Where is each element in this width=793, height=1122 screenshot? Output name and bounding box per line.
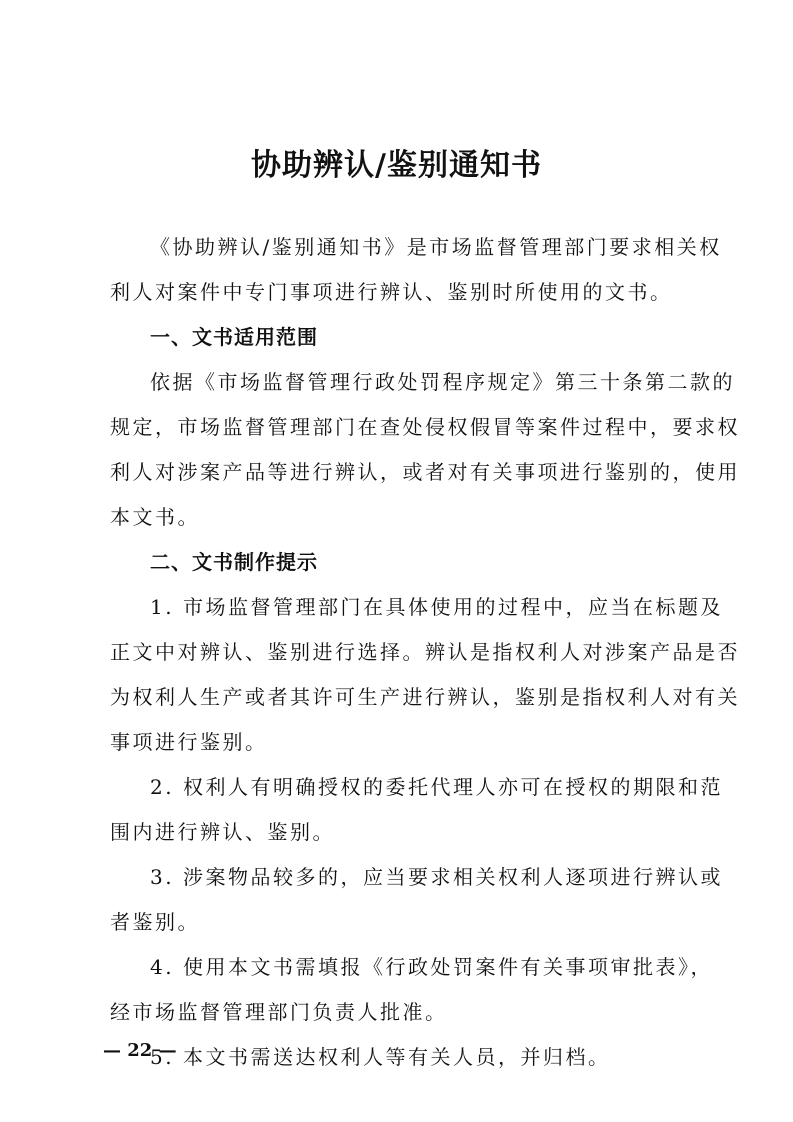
list-item-line: 2. 权利人有明确授权的委托代理人亦可在授权的期限和范 xyxy=(110,765,690,810)
list-item-line: 围内进行辨认、鉴别。 xyxy=(110,810,690,855)
page-number: — 22 — xyxy=(103,1040,177,1061)
paragraph-line: 依据《市场监督管理行政处罚程序规定》第三十条第二款的 xyxy=(110,360,690,405)
list-item-line: 3. 涉案物品较多的，应当要求相关权利人逐项进行辨认或 xyxy=(110,855,690,900)
list-item-line: 经市场监督管理部门负责人批准。 xyxy=(110,990,690,1035)
paragraph-line: 利人对涉案产品等进行辨认，或者对有关事项进行鉴别的，使用 xyxy=(110,450,690,495)
section-heading: 一、文书适用范围 xyxy=(110,315,690,360)
intro-line: 《协助辨认/鉴别通知书》是市场监督管理部门要求相关权 xyxy=(110,225,690,270)
list-item-line: 正文中对辨认、鉴别进行选择。辨认是指权利人对涉案产品是否 xyxy=(110,630,690,675)
list-item-line: 为权利人生产或者其许可生产进行辨认，鉴别是指权利人对有关 xyxy=(110,675,690,720)
intro-line: 利人对案件中专门事项进行辨认、鉴别时所使用的文书。 xyxy=(110,270,690,315)
list-item-line: 4. 使用本文书需填报《行政处罚案件有关事项审批表》， xyxy=(110,945,690,990)
paragraph-line: 本文书。 xyxy=(110,495,690,540)
list-item-line: 者鉴别。 xyxy=(110,900,690,945)
list-item-line: 事项进行鉴别。 xyxy=(110,720,690,765)
document-title: 协助辨认/鉴别通知书 xyxy=(0,140,793,184)
list-item-line: 1. 市场监督管理部门在具体使用的过程中，应当在标题及 xyxy=(110,585,690,630)
section-heading: 二、文书制作提示 xyxy=(110,540,690,585)
paragraph-line: 规定，市场监督管理部门在查处侵权假冒等案件过程中，要求权 xyxy=(110,405,690,450)
list-item-line: 5. 本文书需送达权利人等有关人员，并归档。 xyxy=(110,1035,690,1080)
document-body: 《协助辨认/鉴别通知书》是市场监督管理部门要求相关权 利人对案件中专门事项进行辨… xyxy=(110,225,690,1080)
